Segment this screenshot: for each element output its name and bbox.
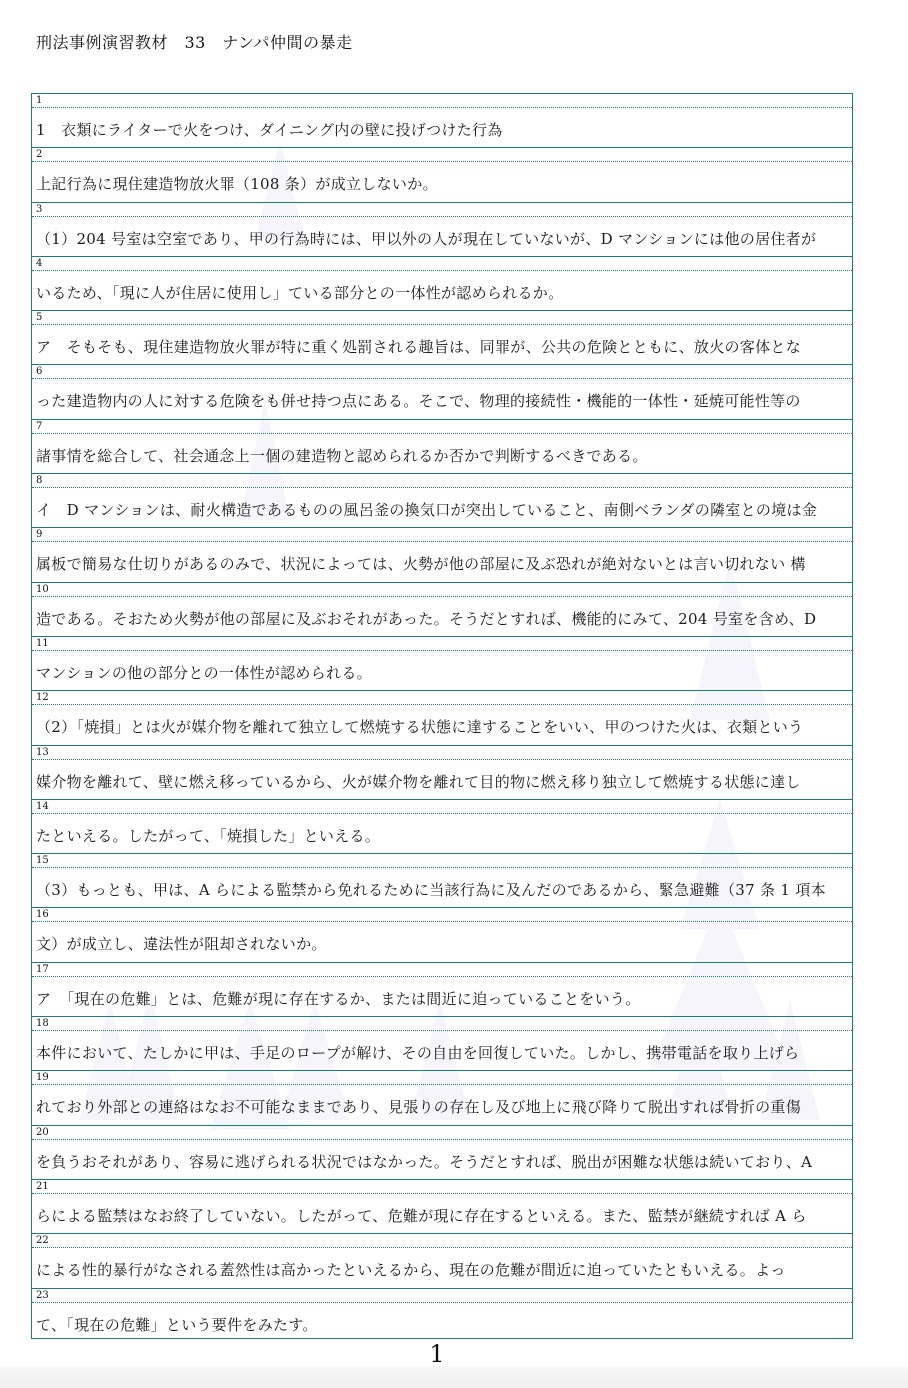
- dotted-guide: [32, 650, 852, 651]
- dotted-guide: [32, 704, 852, 705]
- dotted-guide: [32, 107, 852, 108]
- line-text: 1 衣類にライターで火をつけ、ダイニング内の壁に投げつけた行為: [36, 120, 844, 140]
- line-text: ア そもそも、現住建造物放火罪が特に重く処罰される趣旨は、同罪が、公共の危険とと…: [36, 337, 844, 357]
- line-text: 媒介物を離れて、壁に燃え移っているから、火が媒介物を離れて目的物に燃え移り独立し…: [36, 772, 844, 792]
- line-number: 12: [36, 692, 49, 703]
- line-text: 文）が成立し、違法性が阻却されないか。: [36, 934, 844, 954]
- line-number: 6: [36, 366, 42, 377]
- line-number: 4: [36, 258, 42, 269]
- dotted-guide: [32, 378, 852, 379]
- sheet-row: 14 たといえる。したがって、「焼損した」といえる。: [32, 800, 852, 854]
- sheet-row: 7 諸事情を総合して、社会通念上一個の建造物と認められるか否かで判断するべきであ…: [32, 420, 852, 474]
- sheet-row: 1 1 衣類にライターで火をつけ、ダイニング内の壁に投げつけた行為: [32, 94, 852, 148]
- line-number: 19: [36, 1072, 49, 1083]
- line-number: 10: [36, 584, 49, 595]
- line-text: （1）204 号室は空室であり、甲の行為時には、甲以外の人が現在していないが、D…: [36, 229, 844, 249]
- dotted-guide: [32, 1030, 852, 1031]
- line-text: らによる監禁はなお終了していない。したがって、危難が現に存在するといえる。また、…: [36, 1206, 844, 1226]
- line-number: 8: [36, 475, 42, 486]
- line-number: 14: [36, 801, 49, 812]
- sheet-row: 2 上記行為に現住建造物放火罪（108 条）が成立しないか。: [32, 148, 852, 202]
- line-number: 3: [36, 204, 42, 215]
- sheet-row: 11 マンションの他の部分との一体性が認められる。: [32, 637, 852, 691]
- line-number: 20: [36, 1127, 49, 1138]
- document-title: 刑法事例演習教材 33 ナンパ仲間の暴走: [36, 30, 352, 53]
- dotted-guide: [32, 921, 852, 922]
- sheet-row: 8 イ D マンションは、耐火構造であるものの風呂釜の換気口が突出していること、…: [32, 474, 852, 528]
- line-text: を負うおそれがあり、容易に逃げられる状況ではなかった。そうだとすれば、脱出が困難…: [36, 1152, 844, 1172]
- line-number: 21: [36, 1181, 49, 1192]
- line-number: 16: [36, 909, 49, 920]
- sheet-row: 19 れており外部との連絡はなお不可能なままであり、見張りの存在し及び地上に飛び…: [32, 1071, 852, 1125]
- sheet-row: 6 った建造物内の人に対する危険をも併せ持つ点にある。そこで、物理的接続性・機能…: [32, 365, 852, 419]
- line-number: 1: [36, 95, 42, 106]
- dotted-guide: [32, 1302, 852, 1303]
- dotted-guide: [32, 1247, 852, 1248]
- line-number: 22: [36, 1235, 49, 1246]
- line-text: イ D マンションは、耐火構造であるものの風呂釜の換気口が突出していること、南側…: [36, 500, 844, 520]
- dotted-guide: [32, 813, 852, 814]
- dotted-guide: [32, 216, 852, 217]
- line-text: （2）「焼損」とは火が媒介物を離れて独立して燃焼する状態に達することをいい、甲の…: [36, 717, 844, 737]
- sheet-row: 22 による性的暴行がなされる蓋然性は高かったといえるから、現在の危難が間近に迫…: [32, 1234, 852, 1288]
- line-text: 諸事情を総合して、社会通念上一個の建造物と認められるか否かで判断するべきである。: [36, 446, 844, 466]
- line-text: マンションの他の部分との一体性が認められる。: [36, 663, 844, 683]
- line-number: 15: [36, 855, 49, 866]
- dotted-guide: [32, 867, 852, 868]
- sheet-row: 5 ア そもそも、現住建造物放火罪が特に重く処罰される趣旨は、同罪が、公共の危険…: [32, 311, 852, 365]
- page-footer-band: [0, 1366, 908, 1388]
- sheet-row: 16 文）が成立し、違法性が阻却されないか。: [32, 908, 852, 962]
- line-number: 23: [36, 1290, 49, 1301]
- sheet-row: 12 （2）「焼損」とは火が媒介物を離れて独立して燃焼する状態に達することをいい…: [32, 691, 852, 745]
- line-number: 13: [36, 747, 49, 758]
- dotted-guide: [32, 759, 852, 760]
- sheet-row: 15 （3）もっとも、甲は、A らによる監禁から免れるために当該行為に及んだので…: [32, 854, 852, 908]
- sheet-row: 18 本件において、たしかに甲は、手足のロープが解け、その自由を回復していた。し…: [32, 1017, 852, 1071]
- line-text: いるため、「現に人が住居に使用し」ている部分との一体性が認められるか。: [36, 283, 844, 303]
- line-number: 7: [36, 421, 42, 432]
- line-text: った建造物内の人に対する危険をも併せ持つ点にある。そこで、物理的接続性・機能的一…: [36, 391, 844, 411]
- line-text: による性的暴行がなされる蓋然性は高かったといえるから、現在の危難が間近に迫ってい…: [36, 1260, 844, 1280]
- dotted-guide: [32, 1193, 852, 1194]
- dotted-guide: [32, 487, 852, 488]
- dotted-guide: [32, 1139, 852, 1140]
- dotted-guide: [32, 433, 852, 434]
- line-number: 18: [36, 1018, 49, 1029]
- dotted-guide: [32, 324, 852, 325]
- sheet-row: 20 を負うおそれがあり、容易に逃げられる状況ではなかった。そうだとすれば、脱出…: [32, 1126, 852, 1180]
- dotted-guide: [32, 270, 852, 271]
- line-number: 11: [36, 638, 49, 649]
- dotted-guide: [32, 541, 852, 542]
- line-text: 本件において、たしかに甲は、手足のロープが解け、その自由を回復していた。しかし、…: [36, 1043, 844, 1063]
- line-text: 造である。そおため火勢が他の部屋に及ぶおそれがあった。そうだとすれば、機能的にみ…: [36, 609, 844, 629]
- dotted-guide: [32, 976, 852, 977]
- manuscript-sheet: 1 1 衣類にライターで火をつけ、ダイニング内の壁に投げつけた行為 2 上記行為…: [31, 93, 853, 1339]
- sheet-row: 23 て、「現在の危難」という要件をみたす。: [32, 1289, 852, 1338]
- line-text: 上記行為に現住建造物放火罪（108 条）が成立しないか。: [36, 174, 844, 194]
- page-number: 1: [0, 1340, 874, 1368]
- sheet-row: 17 ア 「現在の危難」とは、危難が現に存在するか、または間近に迫っていることを…: [32, 963, 852, 1017]
- line-number: 5: [36, 312, 42, 323]
- sheet-row: 3 （1）204 号室は空室であり、甲の行為時には、甲以外の人が現在していないが…: [32, 203, 852, 257]
- line-number: 9: [36, 529, 42, 540]
- dotted-guide: [32, 161, 852, 162]
- sheet-row: 13 媒介物を離れて、壁に燃え移っているから、火が媒介物を離れて目的物に燃え移り…: [32, 746, 852, 800]
- line-text: れており外部との連絡はなお不可能なままであり、見張りの存在し及び地上に飛び降りて…: [36, 1097, 844, 1117]
- line-number: 17: [36, 964, 49, 975]
- sheet-row: 4 いるため、「現に人が住居に使用し」ている部分との一体性が認められるか。: [32, 257, 852, 311]
- sheet-row: 10 造である。そおため火勢が他の部屋に及ぶおそれがあった。そうだとすれば、機能…: [32, 583, 852, 637]
- line-text: （3）もっとも、甲は、A らによる監禁から免れるために当該行為に及んだのであるか…: [36, 880, 844, 900]
- sheet-row: 21 らによる監禁はなお終了していない。したがって、危難が現に存在するといえる。…: [32, 1180, 852, 1234]
- sheet-row: 9 属板で簡易な仕切りがあるのみで、状況によっては、火勢が他の部屋に及ぶ恐れが絶…: [32, 528, 852, 582]
- line-text: 属板で簡易な仕切りがあるのみで、状況によっては、火勢が他の部屋に及ぶ恐れが絶対な…: [36, 554, 844, 574]
- dotted-guide: [32, 596, 852, 597]
- line-text: ア 「現在の危難」とは、危難が現に存在するか、または間近に迫っていることをいう。: [36, 989, 844, 1009]
- line-text: たといえる。したがって、「焼損した」といえる。: [36, 826, 844, 846]
- line-number: 2: [36, 149, 42, 160]
- line-text: て、「現在の危難」という要件をみたす。: [36, 1315, 844, 1335]
- dotted-guide: [32, 1084, 852, 1085]
